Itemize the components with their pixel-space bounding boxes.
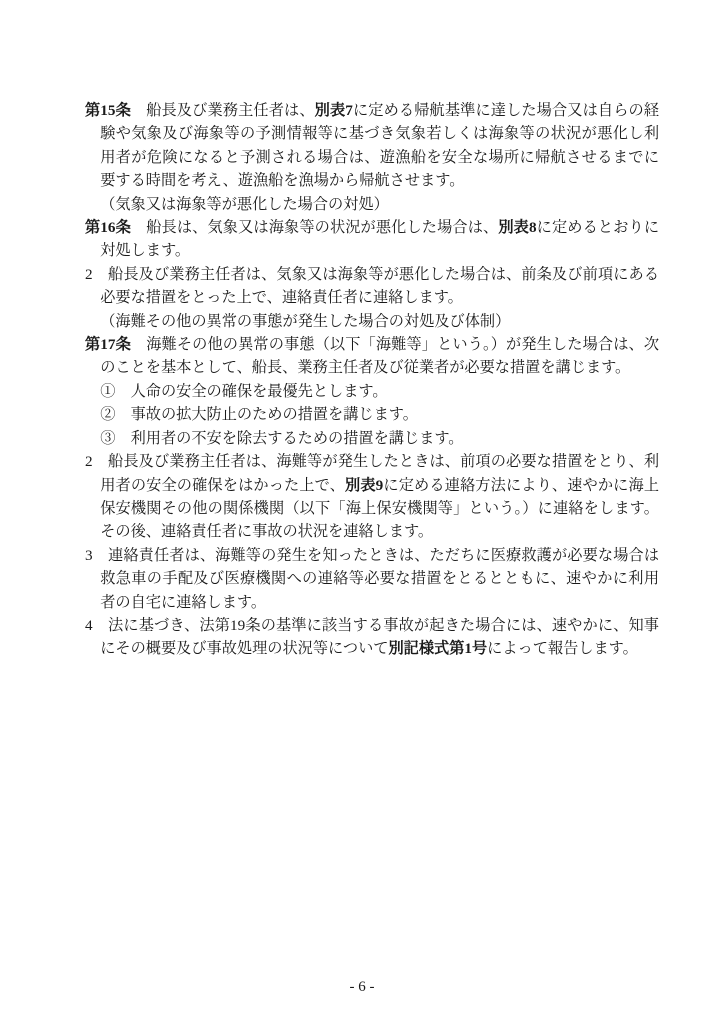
article-17-circled-item-2: ② 事故の拡大防止のための措置を講じます。 (85, 403, 659, 426)
article-17-circled-item-3: ③ 利用者の不安を除去するための措置を講じます。 (85, 427, 659, 450)
article-17-item-2: 2 船長及び業務主任者は、海難等が発生したときは、前項の必要な措置をとり、利用者… (85, 450, 659, 544)
article-16-paragraph: 第16条 船長は、気象又は海象等の状況が悪化した場合は、別表8に定めるとおりに対… (85, 216, 659, 263)
article-16-text: 船長は、気象又は海象等の状況が悪化した場合は、 (131, 219, 498, 236)
article-15-text: 船長及び業務主任者は、 (131, 102, 315, 119)
article-17-text: 海難その他の異常の事態（以下「海難等」という。）が発生した場合は、次のことを基本… (100, 336, 659, 376)
article-17-ref-table9: 別表9 (345, 477, 383, 494)
article-17-item-4-text-cont: によって報告します。 (487, 640, 638, 657)
article-17-number: 第17条 (85, 336, 131, 353)
article-16-ref-table8: 別表8 (498, 219, 536, 236)
article-17-ref-form1: 別記様式第1号 (388, 640, 487, 657)
page-number: - 6 - (0, 976, 724, 999)
section-heading-accident: （海難その他の異常の事態が発生した場合の対処及び体制） (85, 310, 659, 333)
article-17-item-3: 3 連絡責任者は、海難等の発生を知ったときは、ただちに医療救護が必要な場合は救急… (85, 544, 659, 614)
article-16-number: 第16条 (85, 219, 131, 236)
article-15-number: 第15条 (85, 102, 131, 119)
document-page: 第15条 船長及び業務主任者は、別表7に定める帰航基準に達した場合又は自らの経験… (0, 0, 724, 1024)
section-heading-weather: （気象又は海象等が悪化した場合の対処） (85, 193, 659, 216)
article-17-circled-item-1: ① 人命の安全の確保を最優先とします。 (85, 380, 659, 403)
document-body: 第15条 船長及び業務主任者は、別表7に定める帰航基準に達した場合又は自らの経験… (85, 99, 659, 661)
article-17-item-4: 4 法に基づき、法第19条の基準に該当する事故が起きた場合には、速やかに、知事に… (85, 614, 659, 661)
article-15-paragraph: 第15条 船長及び業務主任者は、別表7に定める帰航基準に達した場合又は自らの経験… (85, 99, 659, 193)
article-17-paragraph: 第17条 海難その他の異常の事態（以下「海難等」という。）が発生した場合は、次の… (85, 333, 659, 380)
article-15-ref-table7: 別表7 (315, 102, 353, 119)
article-16-item-2: 2 船長及び業務主任者は、気象又は海象等が悪化した場合は、前条及び前項にある必要… (85, 263, 659, 310)
